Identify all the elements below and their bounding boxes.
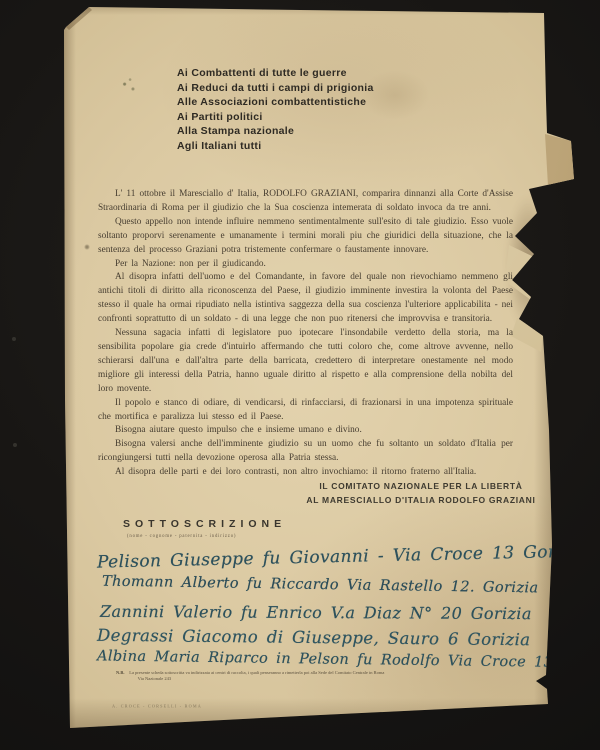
- handwritten-entry: Zannini Valerio fu Enrico V.a Diaz N° 20…: [100, 602, 532, 623]
- footnote: N.B.La presente scheda sottoscritta va i…: [116, 670, 536, 682]
- signature-line-2: AL MARESCIALLO D'ITALIA RODOLFO GRAZIANI: [296, 494, 546, 508]
- paper-stain: [84, 244, 90, 250]
- committee-signature: IL COMITATO NAZIONALE PER LA LIBERTÀ AL …: [296, 480, 546, 507]
- footnote-label: N.B.: [116, 670, 125, 675]
- addressee-line: Ai Reduci da tutti i campi di prigionia: [177, 81, 374, 96]
- subscription-fields-hint: (nome - cognome - paternita - indirizzo): [127, 533, 236, 538]
- paper-edge-shadow: [64, 5, 546, 15]
- addressee-list: Ai Combattenti di tutte le guerreAi Redu…: [177, 66, 374, 154]
- handwritten-entry: Degrassi Giacomo di Giuseppe, Sauro 6 Go…: [97, 626, 531, 650]
- paragraph: Bisogna aiutare questo impulso che e ins…: [98, 424, 513, 438]
- subscription-title: SOTTOSCRIZIONE: [123, 518, 286, 530]
- paper-edge-shadow: [534, 330, 552, 710]
- handwritten-entry: Pelison Giuseppe fu Giovanni - Via Croce…: [97, 541, 588, 572]
- paragraph: Questo appello non intende influire nemm…: [98, 216, 513, 258]
- paragraph: L' 11 ottobre il Maresciallo d' Italia, …: [98, 188, 513, 216]
- paragraph: Al disopra delle parti e dei loro contra…: [98, 466, 513, 480]
- background-speck: [12, 337, 16, 341]
- addressee-line: Ai Partiti politici: [177, 110, 374, 125]
- addressee-line: Ai Combattenti di tutte le guerre: [177, 66, 374, 81]
- footnote-line-2: Via Nazionale 243: [138, 676, 536, 682]
- handwritten-entry: Albina Maria Riparco in Pelson fu Rodolf…: [97, 648, 600, 671]
- paper-edge-shadow: [64, 698, 550, 728]
- paragraph: Il popolo e stanco di odiare, di vendica…: [98, 397, 513, 425]
- document-body: L' 11 ottobre il Maresciallo d' Italia, …: [98, 188, 513, 480]
- document-paper: Ai Combattenti di tutte le guerreAi Redu…: [0, 0, 600, 750]
- paragraph: Bisogna valersi anche dell'imminente giu…: [98, 438, 513, 466]
- paper-stain: [118, 76, 140, 94]
- handwritten-entry: Thomann Alberto fu Riccardo Via Rastello…: [102, 574, 539, 597]
- signature-line-1: IL COMITATO NAZIONALE PER LA LIBERTÀ: [296, 480, 546, 494]
- background-speck: [13, 443, 17, 447]
- addressee-line: Alla Stampa nazionale: [177, 124, 374, 139]
- addressee-line: Agli Italiani tutti: [177, 139, 374, 154]
- paper-edge-shadow: [64, 7, 76, 728]
- footnote-text: La presente scheda sottoscritta va indir…: [129, 670, 384, 675]
- printer-imprint: A. CROCE - CORSELLI - ROMA: [112, 704, 202, 709]
- paragraph: Nessuna sagacia infatti di legislatore p…: [98, 327, 513, 397]
- paragraph: Per la Nazione: non per il giudicando.: [98, 258, 513, 272]
- photo-background: Ai Combattenti di tutte le guerreAi Redu…: [0, 0, 600, 750]
- paragraph: Al disopra infatti dell'uomo e del Coman…: [98, 271, 513, 327]
- addressee-line: Alle Associazioni combattentistiche: [177, 95, 374, 110]
